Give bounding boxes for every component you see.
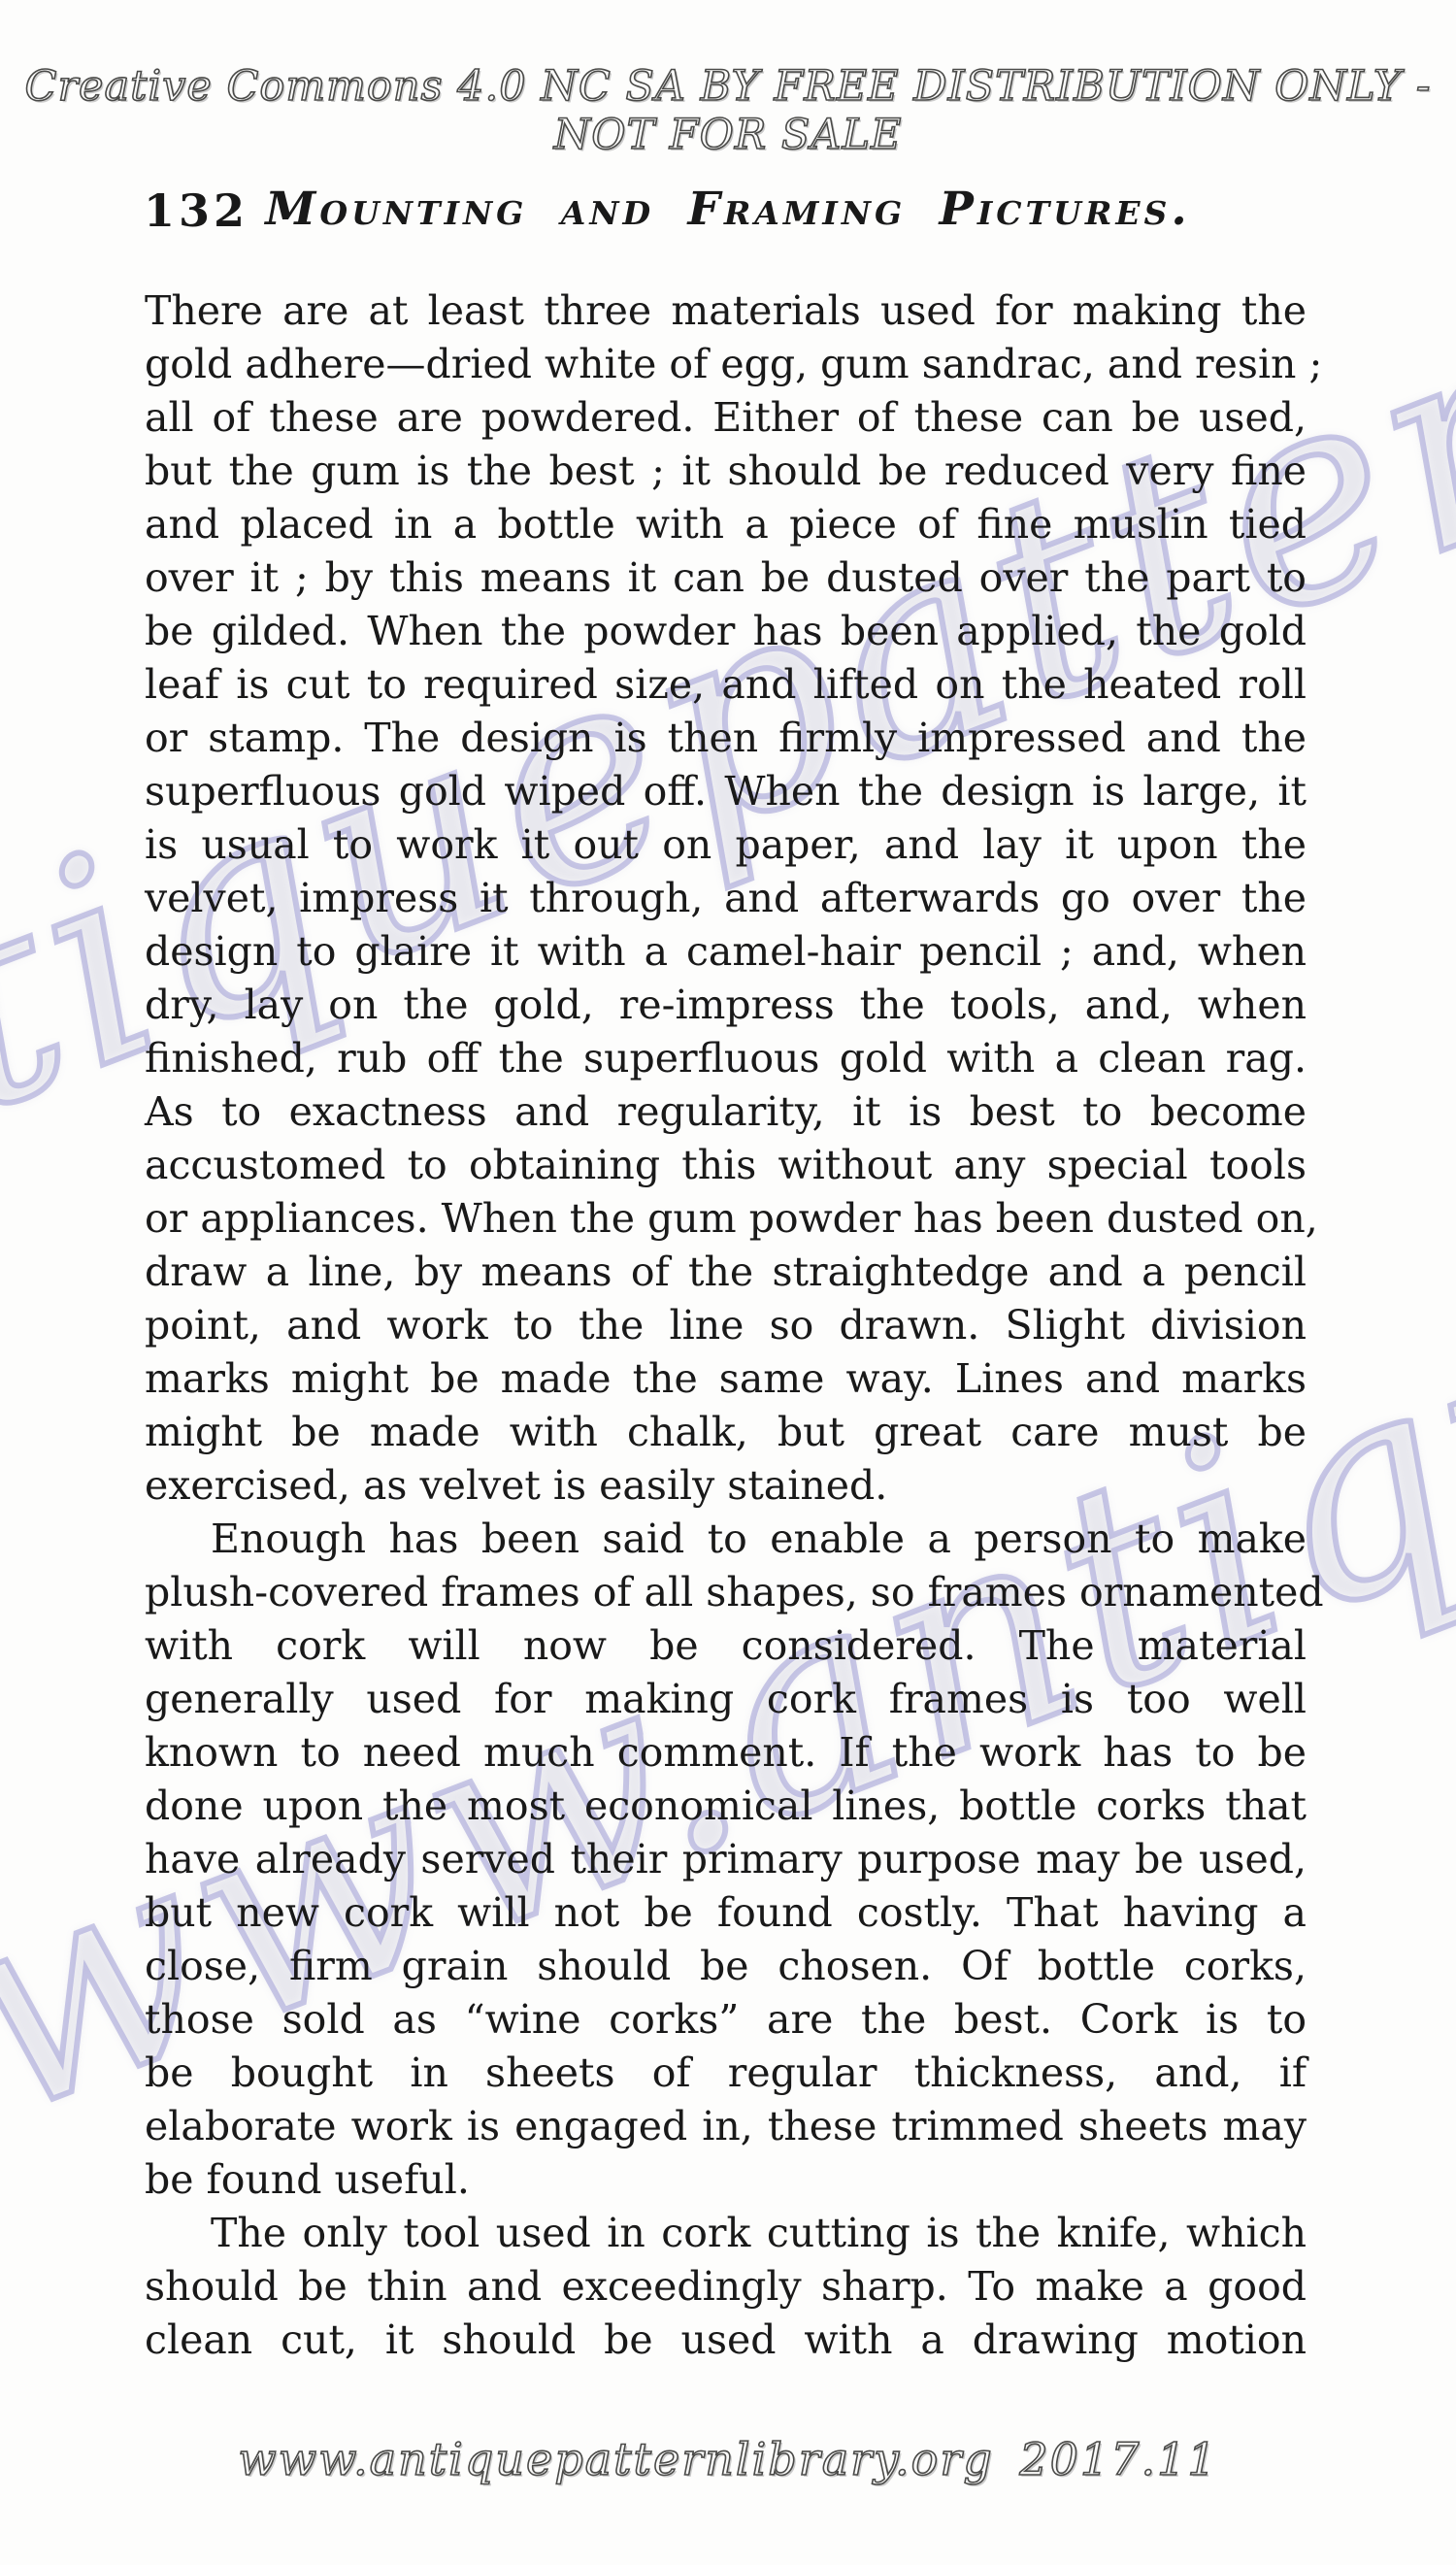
running-head: 132 Mounting and Framing Pictures. — [0, 183, 1456, 241]
text-line: have already served their primary purpos… — [145, 1833, 1307, 1886]
text-line: but new cork will not be found costly. T… — [145, 1886, 1307, 1940]
text-line: The only tool used in cork cutting is th… — [145, 2207, 1307, 2260]
footer-credit: www.antiquepatternlibrary.org 2017.11 — [0, 2433, 1456, 2485]
text-line: and placed in a bottle with a piece of f… — [145, 498, 1307, 551]
text-line: with cork will now be considered. The ma… — [145, 1619, 1307, 1673]
text-line: or appliances. When the gum powder has b… — [145, 1192, 1307, 1246]
text-line: be gilded. When the powder has been appl… — [145, 605, 1307, 658]
text-line: There are at least three materials used … — [145, 284, 1307, 338]
text-line: is usual to work it out on paper, and la… — [145, 818, 1307, 872]
text-line: marks might be made the same way. Lines … — [145, 1352, 1307, 1406]
text-line: be bought in sheets of regular thickness… — [145, 2047, 1307, 2100]
page-body: There are at least three materials used … — [145, 284, 1307, 2367]
text-line: all of these are powdered. Either of the… — [145, 391, 1307, 445]
text-line: might be made with chalk, but great care… — [145, 1406, 1307, 1459]
text-line: superfluous gold wiped off. When the des… — [145, 765, 1307, 818]
text-line: Enough has been said to enable a person … — [145, 1513, 1307, 1566]
text-line: known to need much comment. If the work … — [145, 1726, 1307, 1780]
license-header: Creative Commons 4.0 NC SA BY FREE DISTR… — [0, 62, 1456, 159]
text-line: As to exactness and regularity, it is be… — [145, 1085, 1307, 1139]
text-line: generally used for making cork frames is… — [145, 1673, 1307, 1726]
text-line: over it ; by this means it can be dusted… — [145, 551, 1307, 605]
text-line: leaf is cut to required size, and lifted… — [145, 658, 1307, 712]
text-line: draw a line, by means of the straightedg… — [145, 1246, 1307, 1299]
text-line: should be thin and exceedingly sharp. To… — [145, 2260, 1307, 2314]
text-line: or stamp. The design is then firmly impr… — [145, 712, 1307, 765]
text-line: velvet, impress it through, and afterwar… — [145, 872, 1307, 925]
text-line: clean cut, it should be used with a draw… — [145, 2314, 1307, 2367]
text-line: elaborate work is engaged in, these trim… — [145, 2100, 1307, 2153]
text-line: point, and work to the line so drawn. Sl… — [145, 1299, 1307, 1352]
text-line: but the gum is the best ; it should be r… — [145, 445, 1307, 498]
text-line: be found useful. — [145, 2153, 1307, 2207]
text-line: plush-covered frames of all shapes, so f… — [145, 1566, 1307, 1619]
book-page: www.antiquepatternlibrary.org www.antiqu… — [0, 0, 1456, 2565]
text-line: accustomed to obtaining this without any… — [145, 1139, 1307, 1192]
text-line: close, firm grain should be chosen. Of b… — [145, 1940, 1307, 1993]
text-line: dry, lay on the gold, re-impress the too… — [145, 979, 1307, 1032]
text-line: finished, rub off the superfluous gold w… — [145, 1032, 1307, 1085]
text-line: exercised, as velvet is easily stained. — [145, 1459, 1307, 1513]
text-line: design to glaire it with a camel-hair pe… — [145, 925, 1307, 979]
text-line: done upon the most economical lines, bot… — [145, 1780, 1307, 1833]
page-number: 132 — [144, 184, 248, 237]
text-line: gold adhere—dried white of egg, gum sand… — [145, 338, 1307, 391]
text-line: those sold as “wine corks” are the best.… — [145, 1993, 1307, 2047]
